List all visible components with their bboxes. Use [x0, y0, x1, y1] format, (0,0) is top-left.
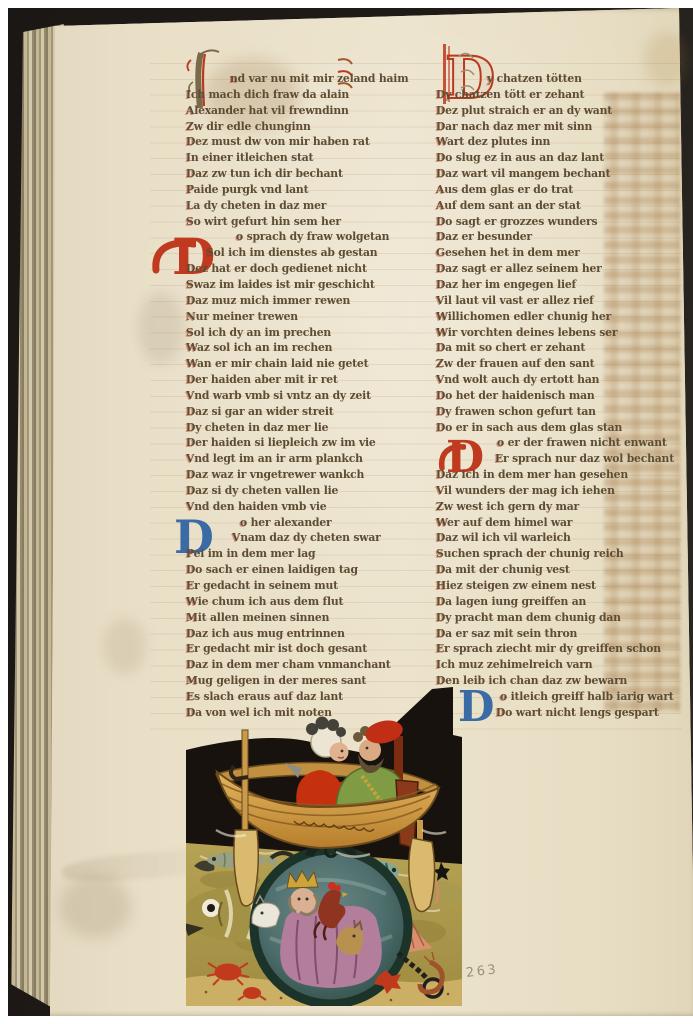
verse-line: Willichomen edler chunig her — [436, 309, 684, 325]
verse-line: Wan er mir chain laid nie getet — [186, 356, 434, 372]
verse-line: Dy pracht man dem chunig dan — [436, 610, 684, 626]
verse-line: La dy cheten in daz mer — [186, 198, 434, 214]
verse-line: Alexander hat vil frewndinn — [186, 103, 434, 119]
verse-line: Daz waz ir vngetrewer wankch — [186, 467, 434, 483]
verse-line: Dy frawen schon gefurt tan — [436, 404, 684, 420]
verse-line: Dez must dw von mir haben rat — [186, 134, 434, 150]
verse-line: Vnd legt im an ir arm plankch — [186, 451, 434, 467]
verse-line: Do sach er einen laidigen tag — [186, 562, 434, 578]
verse-line: Sol ich im dienstes ab gestan — [186, 245, 434, 261]
verse-line: Swaz im laides ist mir geschicht — [186, 277, 434, 293]
verse-line: Vnd wolt auch dy ertott han — [436, 372, 684, 388]
verse-line: Sol ich dy an im prechen — [186, 325, 434, 341]
verse-line: Do er in sach aus dem glas stan — [436, 420, 684, 436]
verse-line: Dar nach daz mer mit sinn — [436, 119, 684, 135]
verse-line: Ich muz zehimelreich varn — [436, 657, 684, 673]
verse-line: o itleich greiff halb iarig wart — [436, 689, 684, 705]
verse-line: Vnd den haiden vmb vie — [186, 499, 434, 515]
verse-line: Nur meiner trewen — [186, 309, 434, 325]
verse-line: Daz zw tun ich dir bechant — [186, 166, 434, 182]
verse-line: Wart dez plutes inn — [436, 134, 684, 150]
verse-line: Gesehen het in dem mer — [436, 245, 684, 261]
verse-line: Vnam daz dy cheten swar — [186, 530, 434, 546]
verse-line: Daz wart vil mangem bechant — [436, 166, 684, 182]
white-animal — [252, 903, 280, 928]
verse-line: o her alexander — [186, 515, 434, 531]
verse-line: Zw dir edle chunginn — [186, 119, 434, 135]
verse-line: Der haiden aber mit ir ret — [186, 372, 434, 388]
verse-line: In einer itleichen stat — [186, 150, 434, 166]
verse-line: Dez hat er doch gedienet nicht — [186, 261, 434, 277]
verse-line: o er der frawen nicht enwant — [436, 435, 684, 451]
verse-line: Wir vorchten deines lebens ser — [436, 325, 684, 341]
verse-line: Daz ich aus mug entrinnen — [186, 626, 434, 642]
verse-line: Vil laut vil vast er allez rief — [436, 293, 684, 309]
miniature-painting — [186, 680, 462, 1006]
verse-line: Zw west ich gern dy mar — [436, 499, 684, 515]
verse-line: Er gedacht mir ist doch gesant — [186, 641, 434, 657]
verse-line: Da lagen iung greiffen an — [436, 594, 684, 610]
verse-line: So wirt gefurt hin sem her — [186, 214, 434, 230]
verse-line: Daz er besunder — [436, 229, 684, 245]
verse-line: Mit allen meinen sinnen — [186, 610, 434, 626]
verse-line: Er sprach ziecht mir dy greiffen schon — [436, 641, 684, 657]
verse-line: Daz her im engegen lief — [436, 277, 684, 293]
manuscript-photo: { "page": { "folio_number": "263", "text… — [0, 0, 693, 1024]
verse-line: Do het der haidenisch man — [436, 388, 684, 404]
verse-line: Da er saz mit sein thron — [436, 626, 684, 642]
verse-line: Ich mach dich fraw da alain — [186, 87, 434, 103]
text-column-left: nd var nu mit mir zeland haimIch mach di… — [186, 71, 434, 721]
verse-line: Auf dem sant an der stat — [436, 198, 684, 214]
verse-line: Suchen sprach der chunig reich — [436, 546, 684, 562]
text-column-right: y chatzen töttenDy chatzen tött er zehan… — [436, 71, 684, 721]
verse-line: Wer auf dem himel war — [436, 515, 684, 531]
verse-line: Hiez steigen zw einem nest — [436, 578, 684, 594]
verse-line: Daz wil ich vil warleich — [436, 530, 684, 546]
verse-line: nd var nu mit mir zeland haim — [186, 71, 434, 87]
verse-line: Der haiden si liepleich zw im vie — [186, 435, 434, 451]
verse-line: Er gedacht in seinem mut — [186, 578, 434, 594]
verse-line: Aus dem glas er do trat — [436, 182, 684, 198]
verse-line: Dy cheten in daz mer lie — [186, 420, 434, 436]
verse-line: Zw der frauen auf den sant — [436, 356, 684, 372]
verse-line: Daz ich in dem mer han gesehen — [436, 467, 684, 483]
verse-line: Do sagt er grozzes wunders — [436, 214, 684, 230]
verse-line: Vil wunders der mag ich iehen — [436, 483, 684, 499]
verse-line: Daz sagt er allez seinem her — [436, 261, 684, 277]
verse-line: Den leib ich chan daz zw bewarn — [436, 673, 684, 689]
verse-line: o sprach dy fraw wolgetan — [186, 229, 434, 245]
verse-line: Daz si dy cheten vallen lie — [186, 483, 434, 499]
verse-line: Waz sol ich an im rechen — [186, 340, 434, 356]
verse-line: Daz si gar an wider streit — [186, 404, 434, 420]
verse-line: Da mit der chunig vest — [436, 562, 684, 578]
verse-line: Da mit so chert er zehant — [436, 340, 684, 356]
verse-line: Do wart nicht lengs gespart — [436, 705, 684, 721]
verse-line: Er sprach nur daz wol bechant — [436, 451, 684, 467]
verse-line: Do slug ez in aus an daz lant — [436, 150, 684, 166]
verse-line: Vnd warb vmb si vntz an dy zeit — [186, 388, 434, 404]
verse-line: Daz muz mich immer rewen — [186, 293, 434, 309]
verse-line: Daz in dem mer cham vnmanchant — [186, 657, 434, 673]
verse-line: Wie chum ich aus dem flut — [186, 594, 434, 610]
verse-line: Pei im in dem mer lag — [186, 546, 434, 562]
verse-line: Paide purgk vnd lant — [186, 182, 434, 198]
verse-line: Dy chatzen tött er zehant — [436, 87, 684, 103]
verse-line: Dez plut straich er an dy want — [436, 103, 684, 119]
verse-line: y chatzen tötten — [436, 71, 684, 87]
